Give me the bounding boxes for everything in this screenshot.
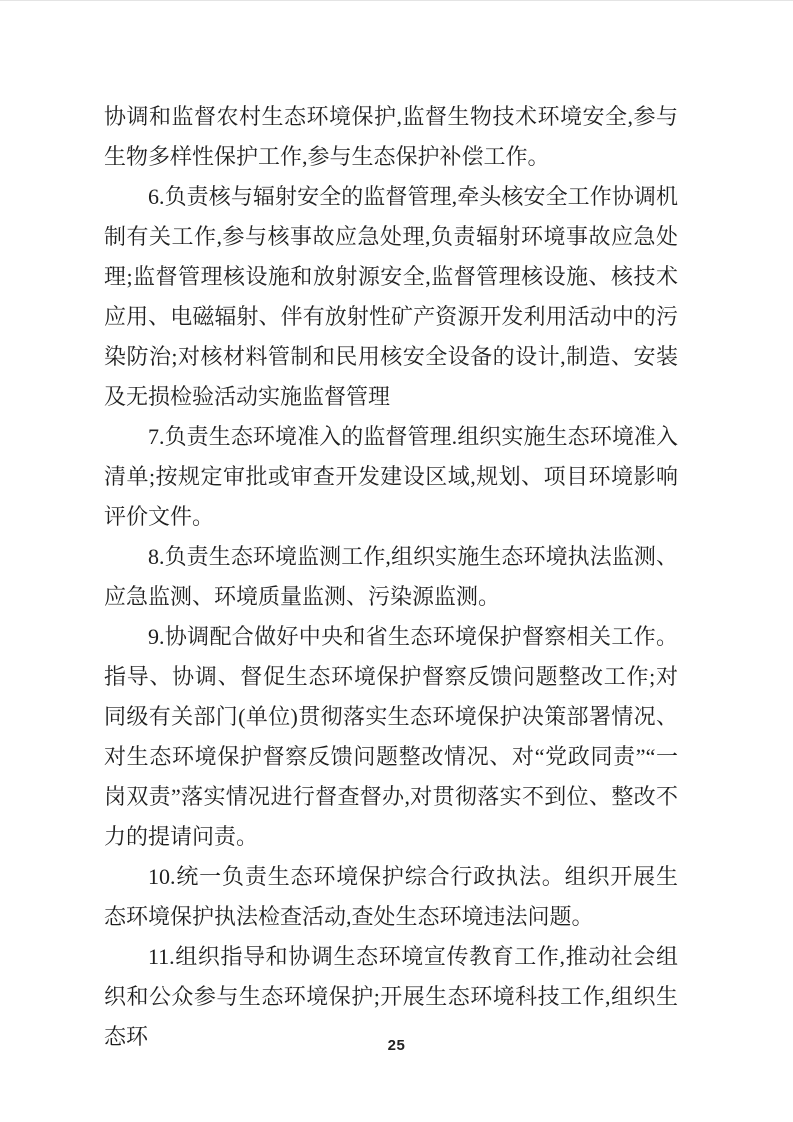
paragraph-10: 10.统一负责生态环境保护综合行政执法。组织开展生态环境保护执法检查活动,查处生… [104,857,678,937]
paragraph-7: 7.负责生态环境准入的监督管理.组织实施生态环境准入清单;按规定审批或审查开发建… [104,417,678,537]
paragraph-9: 9.协调配合做好中央和省生态环境保护督察相关工作。指导、协调、督促生态环境保护督… [104,617,678,857]
document-page: { "colors": { "background": "#ffffff", "… [0,0,793,1122]
paragraph-5-continuation: 协调和监督农村生态环境保护,监督生物技术环境安全,参与生物多样性保护工作,参与生… [104,97,678,177]
document-body: 协调和监督农村生态环境保护,监督生物技术环境安全,参与生物多样性保护工作,参与生… [104,97,678,1057]
paragraph-6: 6.负责核与辐射安全的监督管理,牵头核安全工作协调机制有关工作,参与核事故应急处… [104,177,678,417]
page-number: 25 [0,1037,793,1054]
paragraph-8: 8.负责生态环境监测工作,组织实施生态环境执法监测、应急监测、环境质量监测、污染… [104,537,678,617]
